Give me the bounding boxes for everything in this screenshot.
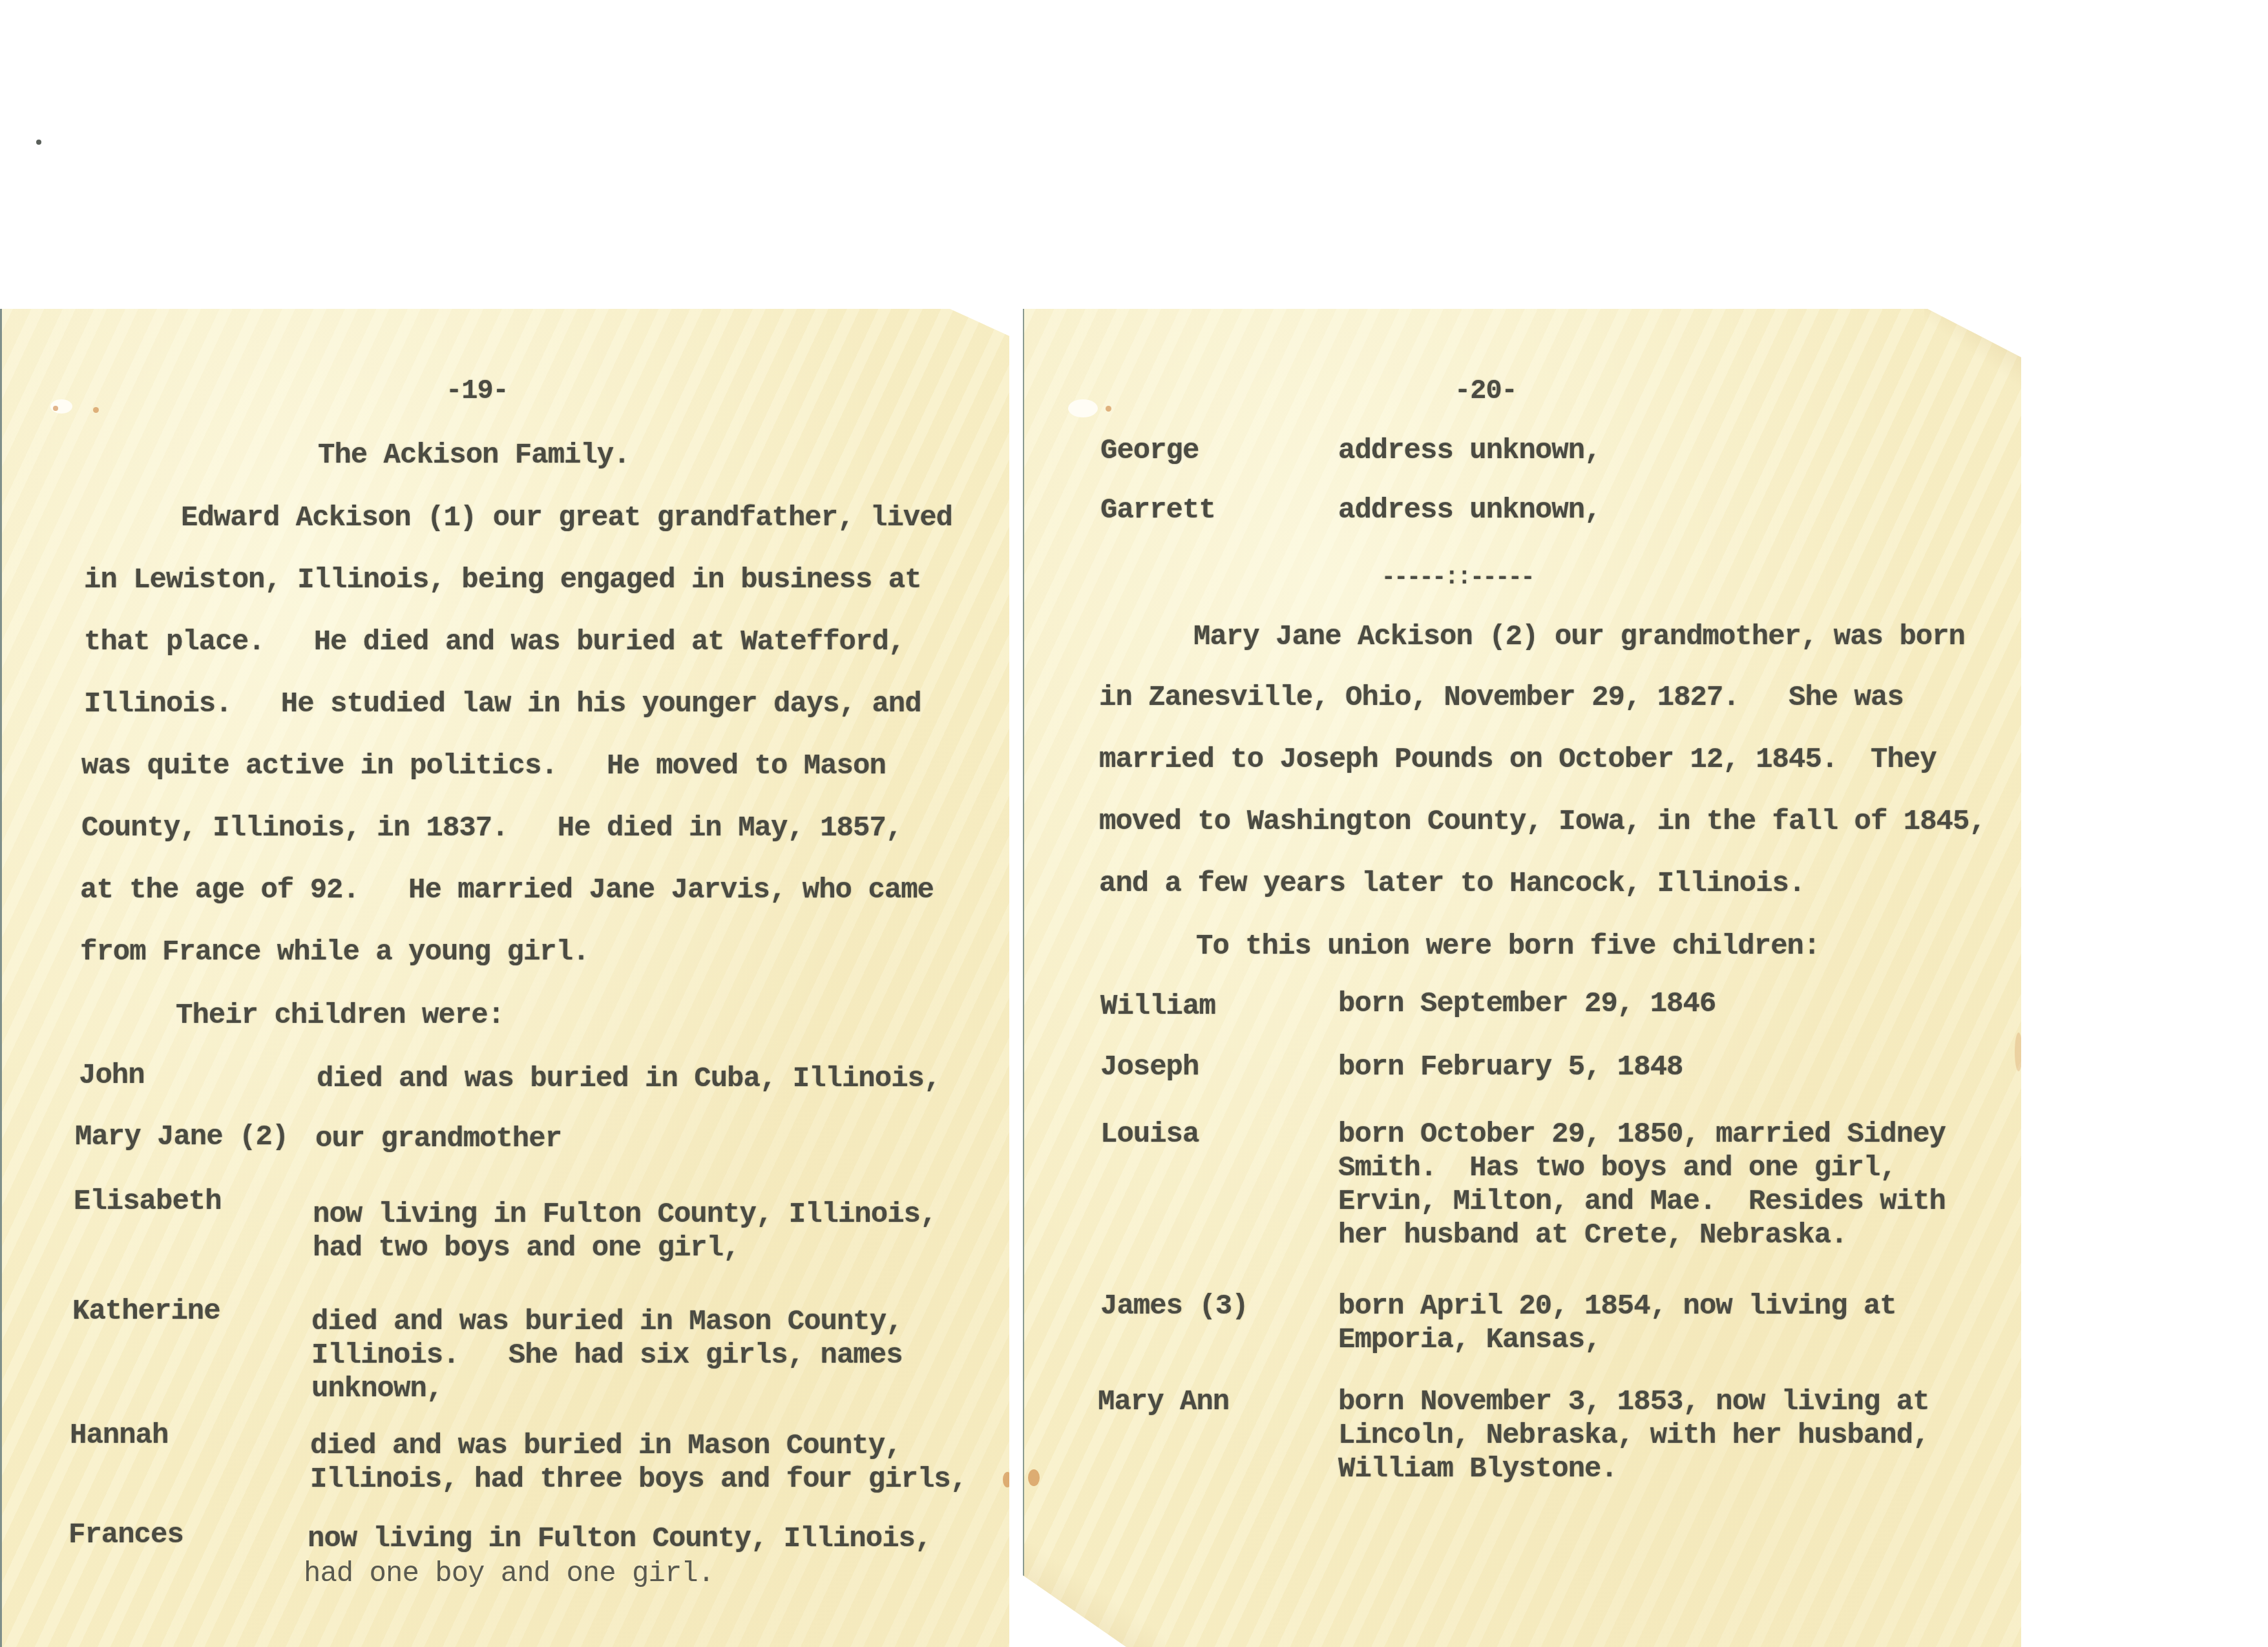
child-name: Frances (68, 1521, 184, 1549)
child-detail: Ervin, Milton, and Mae. Resides with (1338, 1188, 1946, 1216)
child-name: Mary Ann (1098, 1388, 1229, 1416)
paragraph-line: from France while a young girl. (80, 938, 589, 967)
page-number: -19- (446, 377, 509, 404)
child-detail: her husband at Crete, Nebraska. (1338, 1221, 1847, 1250)
child-name: Garrett (1100, 496, 1215, 525)
child-name: Joseph (1100, 1053, 1199, 1082)
child-detail: address unknown, (1338, 496, 1601, 525)
child-detail: had two boys and one girl, (313, 1234, 740, 1263)
paragraph-line: moved to Washington County, Iowa, in the… (1099, 808, 1986, 836)
paragraph-line: Edward Ackison (1) our great grandfather… (181, 504, 952, 532)
child-detail: born April 20, 1854, now living at (1338, 1292, 1896, 1321)
child-detail: Illinois, had three boys and four girls, (310, 1465, 967, 1494)
child-detail: had one boy and one girl. (304, 1560, 714, 1588)
children-intro: To this union were born five children: (1196, 932, 1820, 961)
page-20: -20- George address unknown, Garrett add… (1023, 309, 2021, 1647)
child-detail: now living in Fulton County, Illinois, (308, 1525, 931, 1553)
rust-spot (53, 406, 58, 411)
rust-spot (2015, 1033, 2022, 1071)
child-detail: our grandmother (315, 1125, 562, 1153)
child-name: Hannah (70, 1421, 168, 1450)
child-detail: unknown, (311, 1375, 443, 1403)
paragraph-line: in Zanesville, Ohio, November 29, 1827. … (1099, 684, 1904, 712)
paragraph-line: Mary Jane Ackison (2) our grandmother, w… (1193, 623, 1965, 651)
page-number: -20- (1454, 377, 1517, 404)
section-separator: -----::----- (1381, 566, 1533, 589)
child-name: Louisa (1100, 1120, 1199, 1149)
paragraph-line: at the age of 92. He married Jane Jarvis… (80, 876, 934, 905)
page-19: -19- The Ackison Family. Edward Ackison … (0, 309, 1009, 1647)
paragraph-line: in Lewiston, Illinois, being engaged in … (84, 566, 921, 594)
child-detail: born September 29, 1846 (1338, 990, 1716, 1018)
child-detail: William Blystone. (1338, 1455, 1617, 1484)
child-detail: died and was buried in Mason County, (310, 1432, 901, 1460)
page-edge (1023, 309, 1024, 1647)
punch-hole (1068, 399, 1098, 417)
child-detail: Lincoln, Nebraska, with her husband, (1338, 1421, 1929, 1450)
child-detail: born October 29, 1850, married Sidney (1338, 1120, 1946, 1149)
child-detail: now living in Fulton County, Illinois, (313, 1201, 936, 1229)
section-title: The Ackison Family. (318, 441, 630, 470)
children-intro: Their children were: (176, 1002, 504, 1030)
rust-spot (1028, 1469, 1040, 1486)
dust-speck (36, 140, 41, 145)
child-name: Elisabeth (74, 1188, 222, 1216)
child-detail: died and was buried in Mason County, (311, 1308, 903, 1336)
child-detail: born November 3, 1853, now living at (1338, 1388, 1929, 1416)
paragraph-line: County, Illinois, in 1837. He died in Ma… (81, 814, 902, 843)
child-name: James (3) (1100, 1292, 1248, 1321)
paragraph-line: that place. He died and was buried at Wa… (84, 628, 905, 656)
rust-spot (1003, 1472, 1012, 1487)
child-name: Katherine (72, 1297, 220, 1326)
child-detail: Emporia, Kansas, (1338, 1326, 1601, 1354)
child-name: Mary Jane (2) (75, 1123, 288, 1151)
child-detail: died and was buried in Cuba, Illinois, (317, 1065, 940, 1093)
child-name: William (1100, 992, 1215, 1021)
paragraph-line: was quite active in politics. He moved t… (81, 752, 886, 781)
child-name: John (79, 1062, 145, 1090)
child-detail: address unknown, (1338, 437, 1601, 465)
child-detail: born February 5, 1848 (1338, 1053, 1683, 1082)
paragraph-line: and a few years later to Hancock, Illino… (1099, 870, 1805, 898)
rust-spot (1106, 406, 1111, 412)
child-detail: Illinois. She had six girls, names (311, 1341, 903, 1370)
paragraph-line: married to Joseph Pounds on October 12, … (1099, 746, 1937, 774)
folded-corner (1023, 1544, 1165, 1647)
child-detail: Smith. Has two boys and one girl, (1338, 1154, 1896, 1182)
scan-edge (0, 309, 2, 1647)
paragraph-line: Illinois. He studied law in his younger … (84, 690, 921, 719)
rust-spot (93, 407, 99, 413)
folded-corner (1924, 309, 2021, 386)
child-name: George (1100, 437, 1199, 465)
